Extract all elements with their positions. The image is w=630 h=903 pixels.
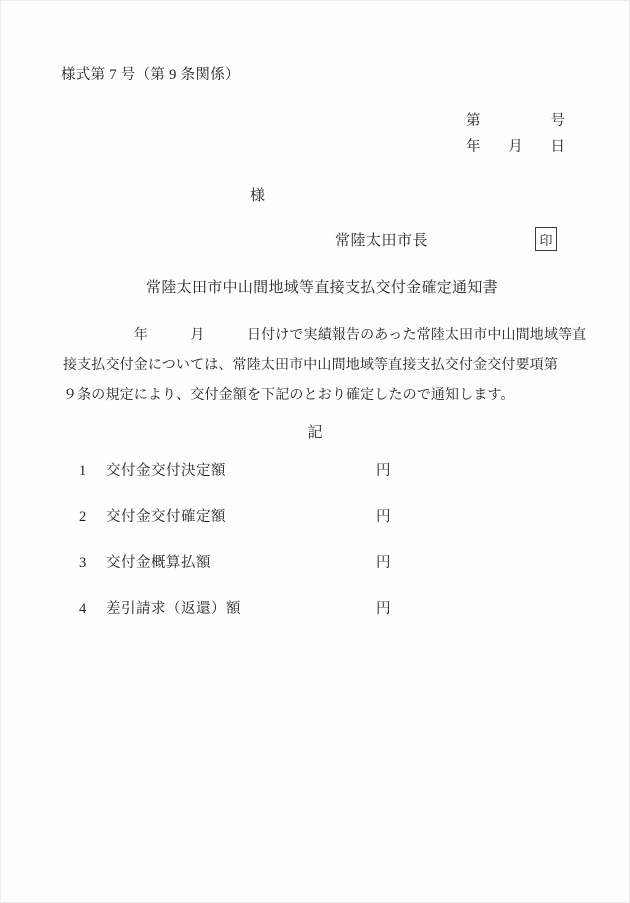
item-label: 差引請求（返還）額 <box>106 598 376 620</box>
item-label: 交付金交付決定額 <box>106 460 376 482</box>
item-unit-yen: 円 <box>376 552 391 574</box>
item-number: 2 <box>79 506 106 528</box>
item-number: 3 <box>79 552 106 574</box>
document-number-line: 第 号 <box>466 109 565 130</box>
list-item: 2 交付金交付確定額 円 <box>79 506 391 552</box>
body-paragraph: 年 月 日付けで実績報告のあった常陸太田市中山間地域等直 接支払交付金については… <box>63 321 583 411</box>
item-unit-yen: 円 <box>376 506 391 528</box>
doc-number-suffix: 号 <box>551 109 566 130</box>
item-list: 1 交付金交付決定額 円 2 交付金交付確定額 円 3 交付金概算払額 円 4 … <box>79 460 391 644</box>
list-item: 4 差引請求（返還）額 円 <box>79 598 391 644</box>
doc-number-prefix: 第 <box>466 109 481 130</box>
date-line: 年 月 日 <box>466 135 565 156</box>
document-title: 常陸太田市中山間地域等直接支払交付金確定通知書 <box>8 276 630 297</box>
seal-box: 印 <box>535 227 557 251</box>
date-day-label: 日 <box>551 135 566 156</box>
sender-title: 常陸太田市長 <box>335 229 428 250</box>
item-label: 交付金交付確定額 <box>106 506 376 528</box>
item-number: 4 <box>79 598 106 620</box>
date-year-label: 年 <box>466 135 481 156</box>
document-page: 様式第 7 号（第 9 条関係） 第 号 年 月 日 様 常陸太田市長 印 常陸… <box>0 0 630 903</box>
form-number: 様式第 7 号（第 9 条関係） <box>61 63 240 84</box>
item-label: 交付金概算払額 <box>106 552 376 574</box>
body-line-2: 接支払交付金については、常陸太田市中山間地域等直接支払交付金交付要項第 <box>63 351 583 381</box>
record-heading: 記 <box>1 421 629 442</box>
list-item: 3 交付金概算払額 円 <box>79 552 391 598</box>
body-line-1: 年 月 日付けで実績報告のあった常陸太田市中山間地域等直 <box>63 321 583 351</box>
list-item: 1 交付金交付決定額 円 <box>79 460 391 506</box>
addressee-honorific: 様 <box>250 184 265 205</box>
date-month-label: 月 <box>508 135 523 156</box>
body-line-3: ９条の規定により、交付金額を下記のとおり確定したので通知します。 <box>63 381 583 411</box>
item-number: 1 <box>79 460 106 482</box>
item-unit-yen: 円 <box>376 598 391 620</box>
item-unit-yen: 円 <box>376 460 391 482</box>
